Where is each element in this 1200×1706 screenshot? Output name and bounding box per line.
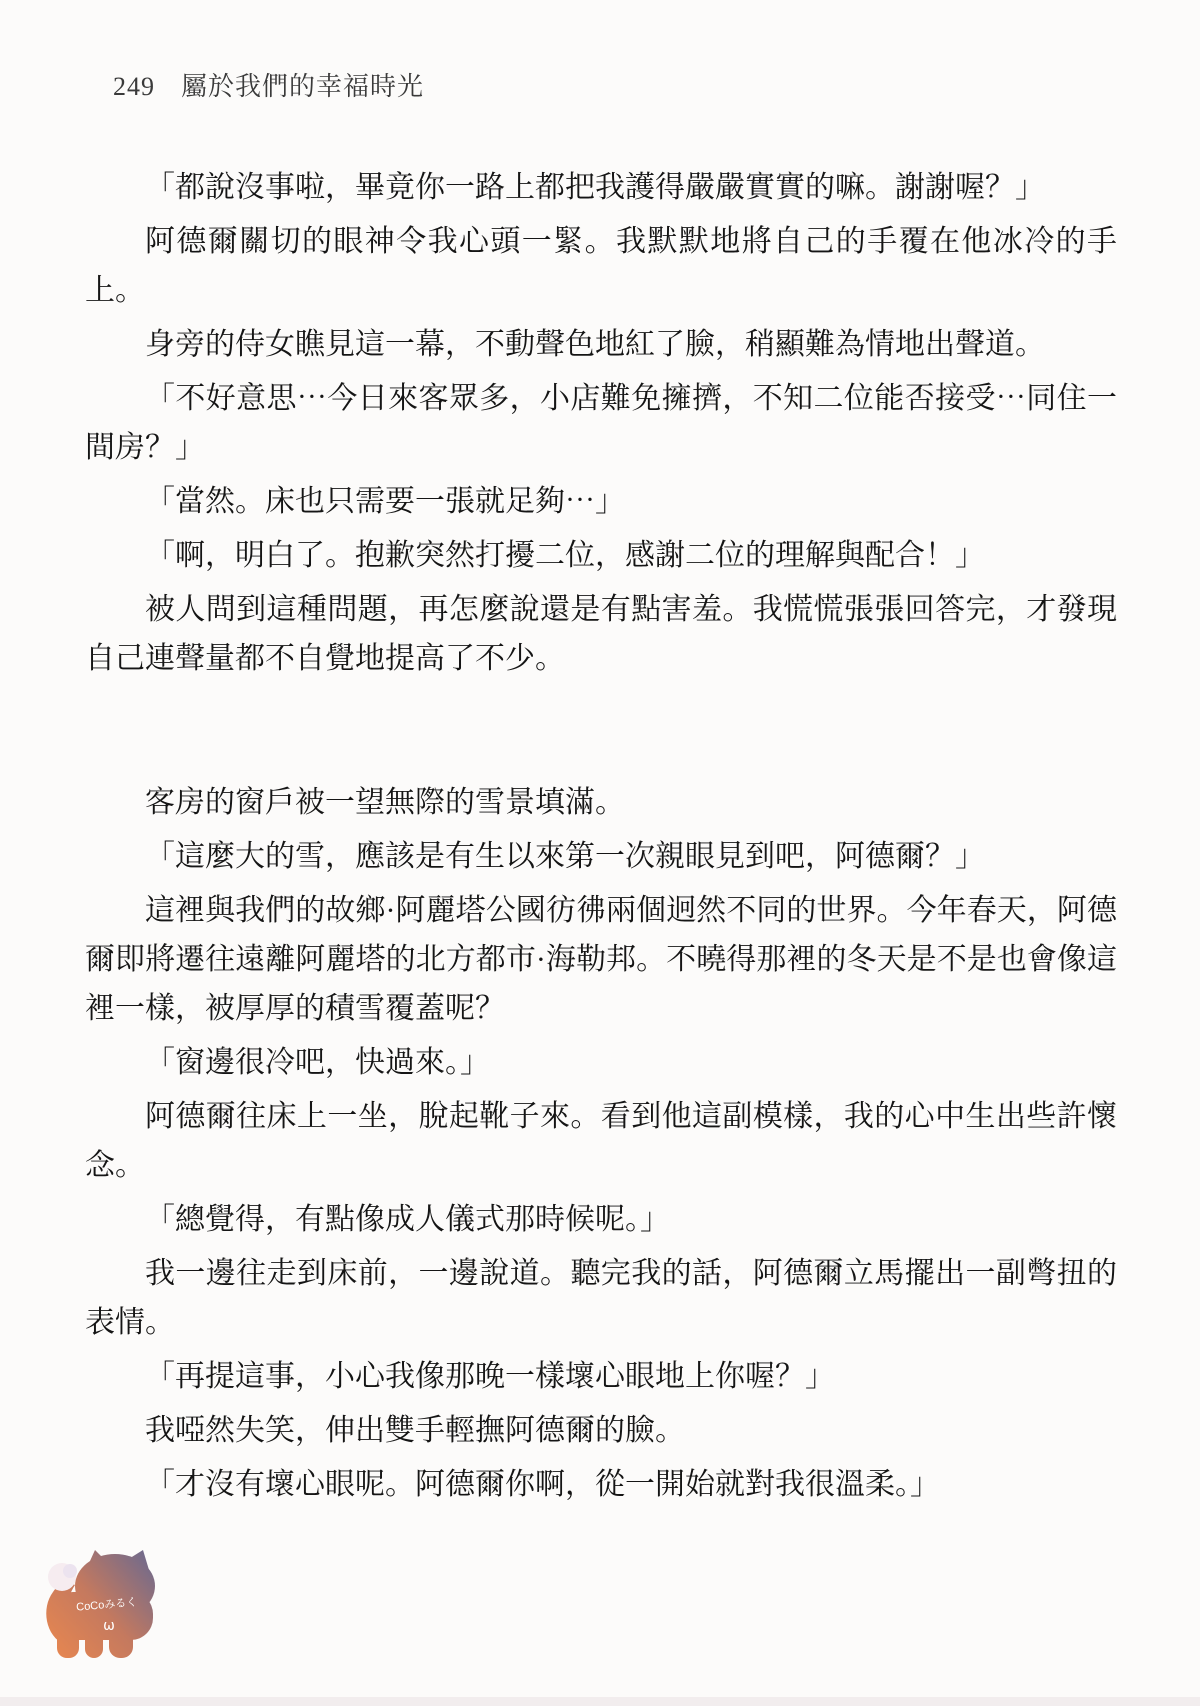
- cat-leg: [85, 1630, 103, 1658]
- paragraph-dialogue: 「都說沒事啦，畢竟你一路上都把我護得嚴嚴實實的嘛。謝謝喔？」: [85, 163, 1117, 212]
- page-header: 249屬於我們的幸福時光: [113, 66, 424, 103]
- paragraph-narration: 被人問到這種問題，再怎麼說還是有點害羞。我慌慌張張回答完，才發現自己連聲量都不自…: [85, 585, 1117, 683]
- book-title: 屬於我們的幸福時光: [181, 72, 424, 101]
- novel-body-text: 「都說沒事啦，畢竟你一路上都把我護得嚴嚴實實的嘛。謝謝喔？」 阿德爾關切的眼神令…: [85, 163, 1117, 1514]
- cat-tail-tip-detail: [63, 1564, 77, 1578]
- paragraph-dialogue: 「再提這事，小心我像那晚一樣壞心眼地上你喔？」: [85, 1352, 1117, 1401]
- cat-mascot-logo-icon: CoCoみるく ω: [35, 1550, 165, 1662]
- paragraph-narration: 我啞然失笑，伸出雙手輕撫阿德爾的臉。: [85, 1406, 1117, 1455]
- paragraph-dialogue: 「窗邊很冷吧，快過來。」: [85, 1038, 1117, 1087]
- paragraph-narration: 阿德爾關切的眼神令我心頭一緊。我默默地將自己的手覆在他冰冷的手上。: [85, 217, 1117, 315]
- paragraph-narration: 身旁的侍女瞧見這一幕，不動聲色地紅了臉，稍顯難為情地出聲道。: [85, 320, 1117, 369]
- paragraph-dialogue: 「這麼大的雪，應該是有生以來第一次親眼見到吧，阿德爾？」: [85, 832, 1117, 881]
- paragraph-dialogue: 「總覺得，有點像成人儀式那時候呢。」: [85, 1195, 1117, 1244]
- paragraph-narration: 阿德爾往床上一坐，脫起靴子來。看到他這副模樣，我的心中生出些許懷念。: [85, 1092, 1117, 1190]
- page-bottom-strip: [0, 1697, 1200, 1706]
- paragraph-dialogue: 「才沒有壞心眼呢。阿德爾你啊，從一開始就對我很溫柔。」: [85, 1460, 1117, 1509]
- paragraph-dialogue: 「不好意思⋯今日來客眾多，小店難免擁擠，不知二位能否接受⋯同住一間房？」: [85, 374, 1117, 472]
- paragraph-narration: 這裡與我們的故鄉·阿麗塔公國彷彿兩個迥然不同的世界。今年春天，阿德爾即將遷往遠離…: [85, 886, 1117, 1033]
- cat-leg: [57, 1624, 79, 1658]
- paragraph-narration: 我一邊往走到床前，一邊說道。聽完我的話，阿德爾立馬擺出一副彆扭的表情。: [85, 1249, 1117, 1347]
- paragraph-dialogue: 「啊，明白了。抱歉突然打擾二位，感謝二位的理解與配合！」: [85, 531, 1117, 580]
- page-number: 249: [113, 72, 155, 101]
- paragraph-dialogue: 「當然。床也只需要一張就足夠⋯」: [85, 477, 1117, 526]
- paragraph-narration: 客房的窗戶被一望無際的雪景填滿。: [85, 778, 1117, 827]
- scene-break: [85, 688, 1117, 778]
- cat-mouth: ω: [103, 1618, 115, 1634]
